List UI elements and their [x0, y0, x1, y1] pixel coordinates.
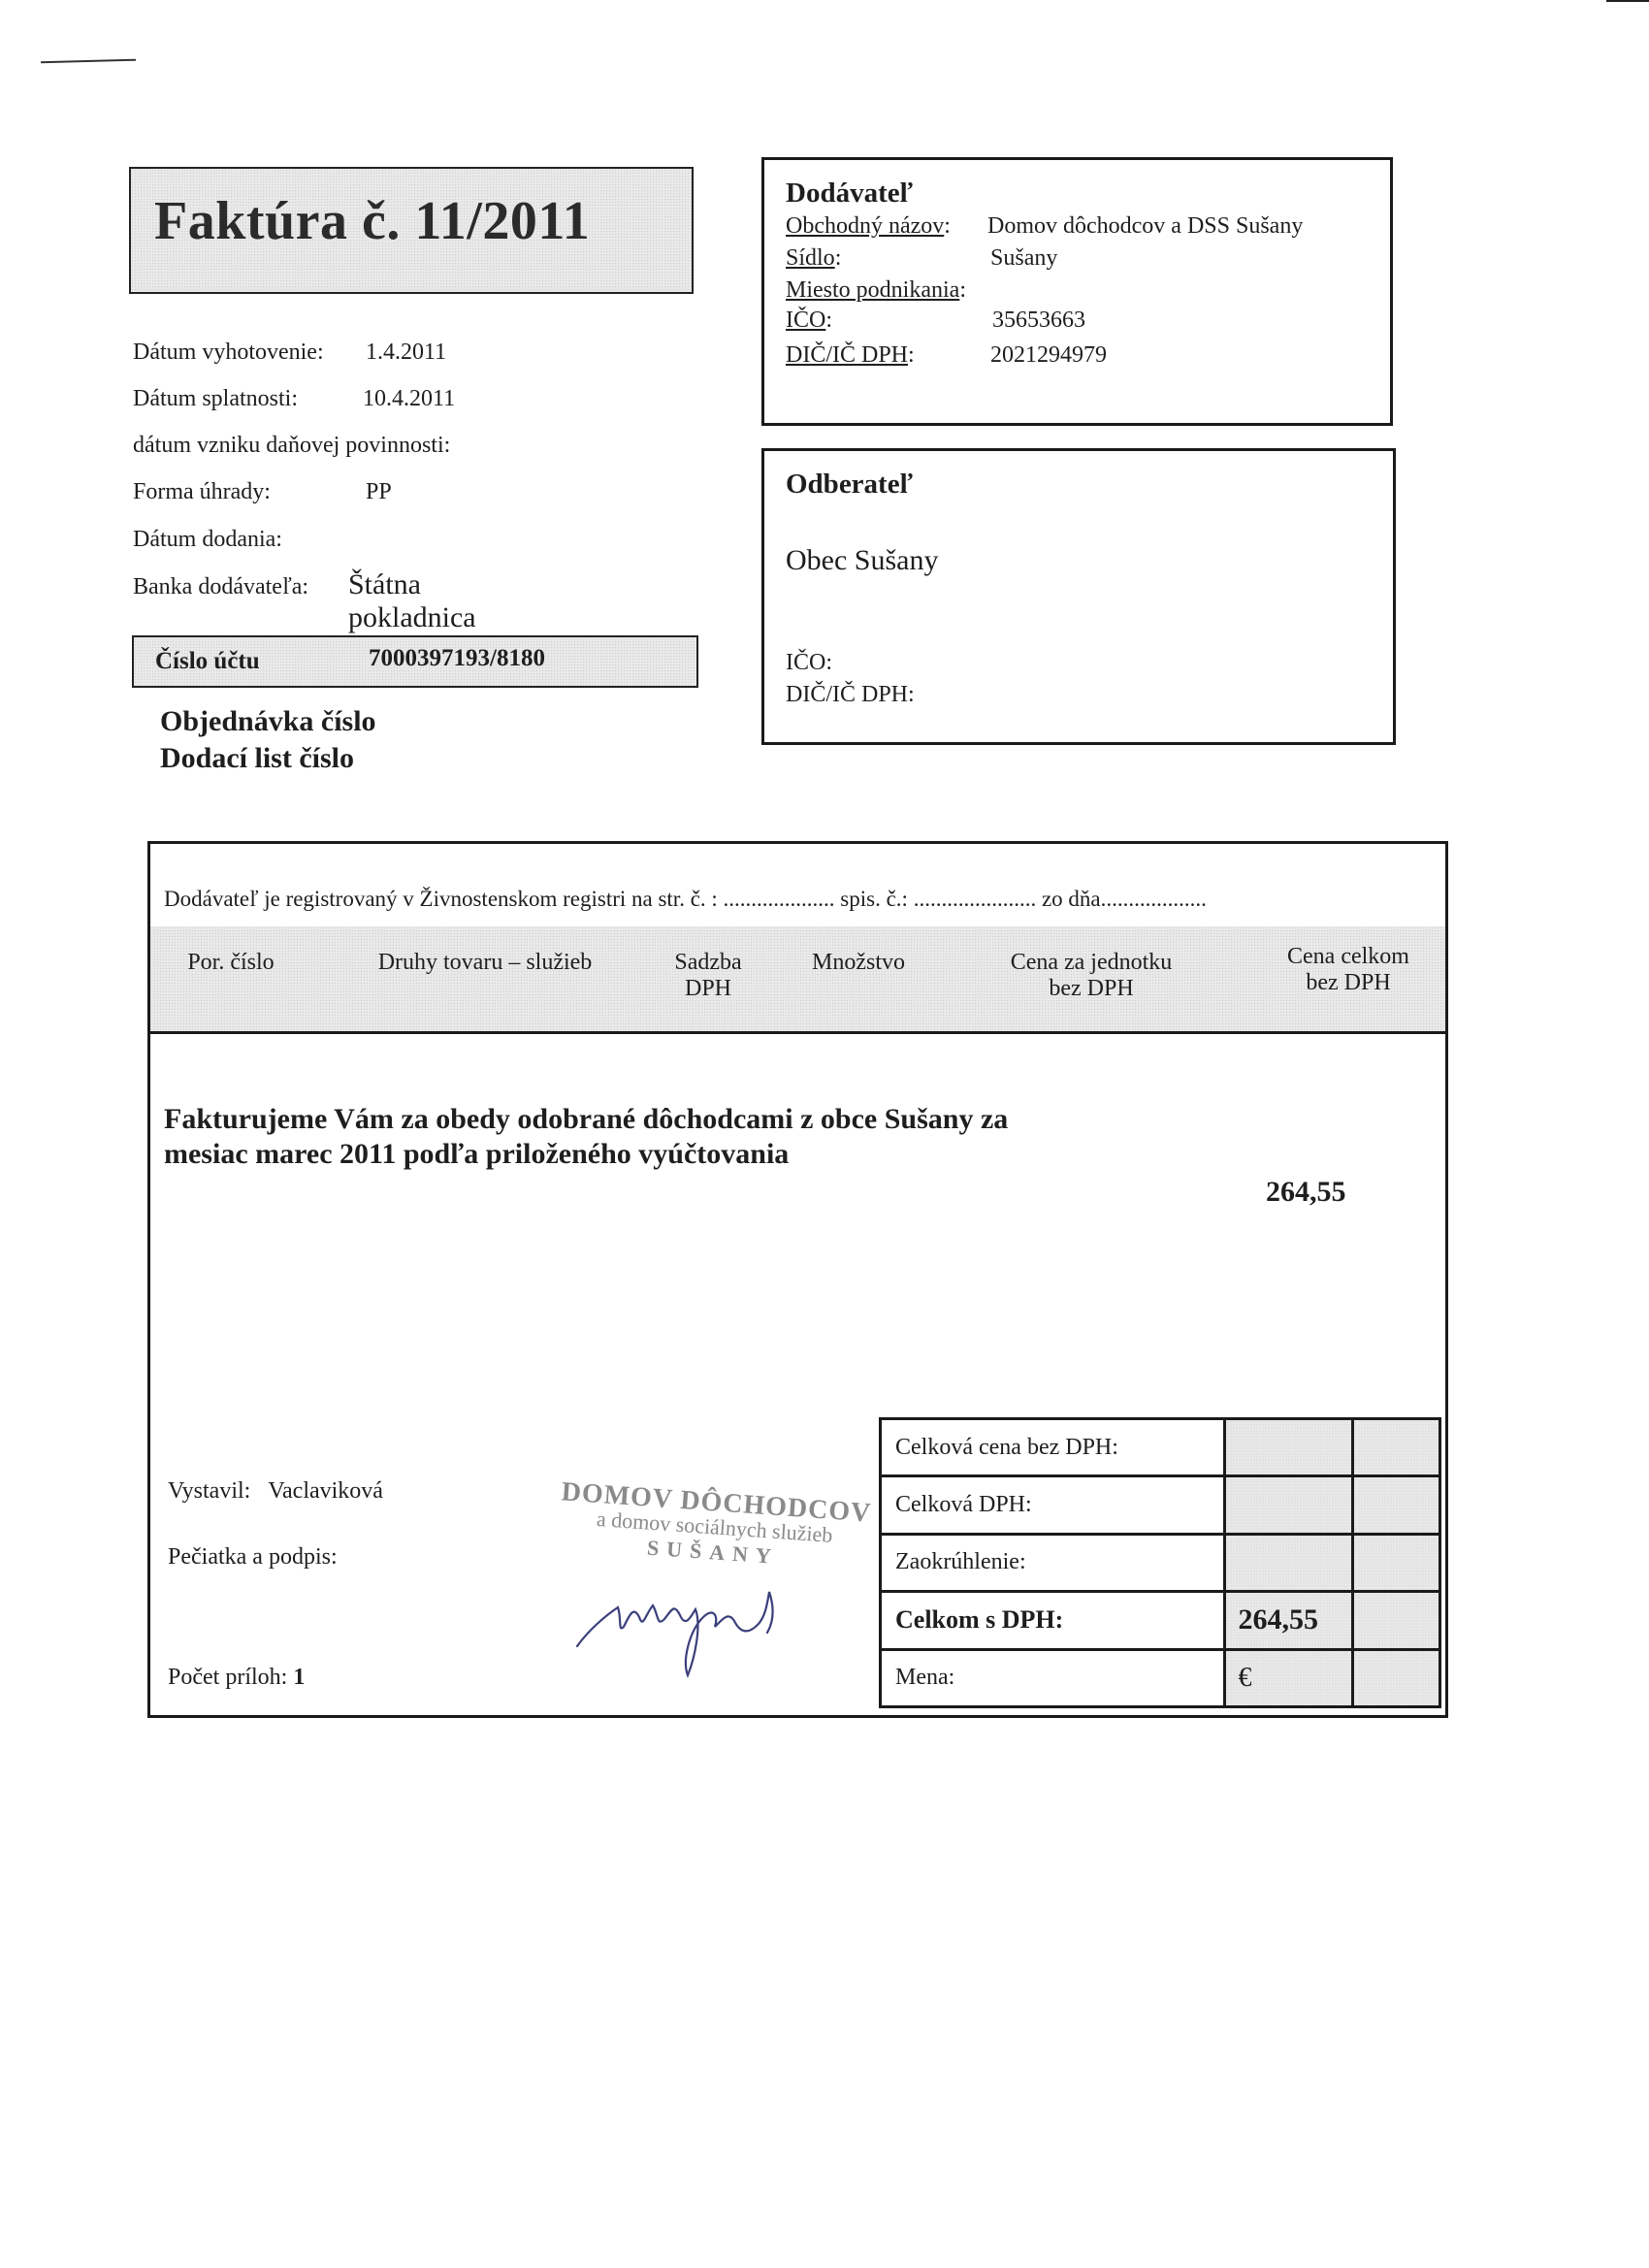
- totals-currency-extra: [1353, 1649, 1440, 1706]
- account-label: Číslo účtu: [155, 648, 260, 675]
- company-stamp: DOMOV DÔCHODCOV a domov sociálnych služi…: [552, 1476, 877, 1576]
- totals-net-value: [1225, 1419, 1353, 1476]
- stamp-sign-label: Pečiatka a podpis:: [168, 1544, 338, 1571]
- payment-form-value: PP: [366, 479, 392, 505]
- registry-text: Dodávateľ je registrovaný v Živnostensko…: [164, 887, 1207, 912]
- item-description: Fakturujeme Vám za obedy odobrané dôchod…: [164, 1102, 1008, 1172]
- supplier-box: Dodávateľ Obchodný názov: Domov dôchodco…: [761, 157, 1393, 426]
- col-unit-price: Cena za jednotkubez DPH: [985, 950, 1198, 1002]
- attachments-label: Počet príloh:: [168, 1665, 287, 1690]
- totals-rounding-extra: [1353, 1534, 1440, 1591]
- supplier-name-label: Obchodný názov:: [786, 213, 951, 240]
- totals-row-vat: Celková DPH:: [881, 1476, 1440, 1534]
- customer-name: Obec Sušany: [786, 544, 938, 577]
- bank-value: Štátna pokladnica: [348, 568, 476, 634]
- supplier-place-label: Miesto podnikania:: [786, 277, 966, 304]
- issue-date-row: Dátum vyhotovenie: 1.4.2011: [133, 340, 324, 366]
- signature: [567, 1576, 849, 1683]
- col-total-price: Cena celkombez DPH: [1256, 944, 1440, 996]
- bank-label: Banka dodávateľa:: [133, 574, 308, 599]
- registry-row: Dodávateľ je registrovaný v Živnostensko…: [150, 844, 1445, 929]
- issued-by-value: Vaclaviková: [268, 1478, 383, 1504]
- totals-vat-value: [1225, 1476, 1353, 1534]
- totals-gross-extra: [1353, 1592, 1440, 1649]
- account-bar: Číslo účtu 7000397193/8180: [132, 635, 698, 688]
- col-quantity: Množstvo: [791, 950, 926, 976]
- totals-vat-label: Celková DPH:: [881, 1476, 1225, 1534]
- issue-date-value: 1.4.2011: [366, 340, 446, 366]
- totals-currency-value: €: [1225, 1649, 1353, 1706]
- totals-currency-label: Mena:: [881, 1649, 1225, 1706]
- col-goods-services: Druhy tovaru – služieb: [354, 950, 616, 976]
- totals-rounding-value: [1225, 1534, 1353, 1591]
- customer-heading: Odberateľ: [786, 469, 913, 501]
- totals-row-rounding: Zaokrúhlenie:: [881, 1534, 1440, 1591]
- order-number-label: Objednávka číslo: [160, 705, 376, 738]
- issued-by-label: Vystavil:: [168, 1478, 250, 1504]
- col-vat-rate: SadzbaDPH: [655, 950, 761, 1002]
- totals-gross-label: Celkom s DPH:: [881, 1592, 1225, 1649]
- due-date-row: Dátum splatnosti: 10.4.2011: [133, 386, 298, 412]
- bank-row: Banka dodávateľa: Štátna pokladnica: [133, 574, 308, 600]
- due-date-value: 10.4.2011: [363, 386, 455, 412]
- supplier-ico: 35653663: [992, 308, 1085, 334]
- delivery-note-label: Dodací list číslo: [160, 742, 354, 775]
- customer-ico-label: IČO:: [786, 650, 832, 676]
- delivery-date-label: Dátum dodania:: [133, 527, 282, 552]
- supplier-seat: Sušany: [990, 245, 1057, 272]
- invoice-title: Faktúra č. 11/2011: [154, 190, 590, 252]
- supplier-dic-label: DIČ/IČ DPH:: [786, 342, 915, 369]
- totals-rounding-label: Zaokrúhlenie:: [881, 1534, 1225, 1591]
- customer-box: Odberateľ Obec Sušany IČO: DIČ/IČ DPH:: [761, 448, 1396, 745]
- invoice-title-box: Faktúra č. 11/2011: [129, 167, 694, 294]
- totals-gross-value: 264,55: [1225, 1592, 1353, 1649]
- totals-net-extra: [1353, 1419, 1440, 1476]
- supplier-name: Domov dôchodcov a DSS Sušany: [987, 213, 1303, 240]
- totals-row-net: Celková cena bez DPH:: [881, 1419, 1440, 1476]
- totals-row-currency: Mena: €: [881, 1649, 1440, 1706]
- account-number: 7000397193/8180: [369, 645, 545, 672]
- payment-form-label: Forma úhrady:: [133, 479, 271, 504]
- supplier-ico-label: IČO:: [786, 308, 832, 334]
- issue-date-label: Dátum vyhotovenie:: [133, 340, 324, 365]
- payment-form-row: Forma úhrady: PP: [133, 479, 271, 505]
- attachments-count: 1: [293, 1665, 305, 1690]
- totals-vat-extra: [1353, 1476, 1440, 1534]
- scan-edge-mark: [1606, 0, 1649, 2]
- tax-date-label: dátum vzniku daňovej povinnosti:: [133, 433, 450, 458]
- supplier-seat-label: Sídlo:: [786, 245, 841, 272]
- issued-by-row: Vystavil: Vaclaviková: [168, 1478, 383, 1505]
- items-table: Dodávateľ je registrovaný v Živnostensko…: [147, 841, 1448, 1718]
- supplier-dic: 2021294979: [990, 342, 1107, 369]
- attachments-row: Počet príloh: 1: [168, 1665, 305, 1691]
- table-header: Por. číslo Druhy tovaru – služieb Sadzba…: [150, 926, 1445, 1034]
- item-total: 264,55: [1266, 1176, 1346, 1209]
- supplier-heading: Dodávateľ: [786, 178, 913, 210]
- col-order-number: Por. číslo: [178, 950, 284, 976]
- customer-dic-label: DIČ/IČ DPH:: [786, 682, 915, 708]
- pen-mark: [41, 55, 136, 64]
- due-date-label: Dátum splatnosti:: [133, 386, 298, 411]
- totals-row-gross: Celkom s DPH: 264,55: [881, 1592, 1440, 1649]
- totals-net-label: Celková cena bez DPH:: [881, 1419, 1225, 1476]
- totals-table: Celková cena bez DPH: Celková DPH: Zaokr…: [879, 1417, 1441, 1708]
- delivery-date-row: Dátum dodania:: [133, 527, 282, 553]
- tax-date-row: dátum vzniku daňovej povinnosti:: [133, 433, 450, 459]
